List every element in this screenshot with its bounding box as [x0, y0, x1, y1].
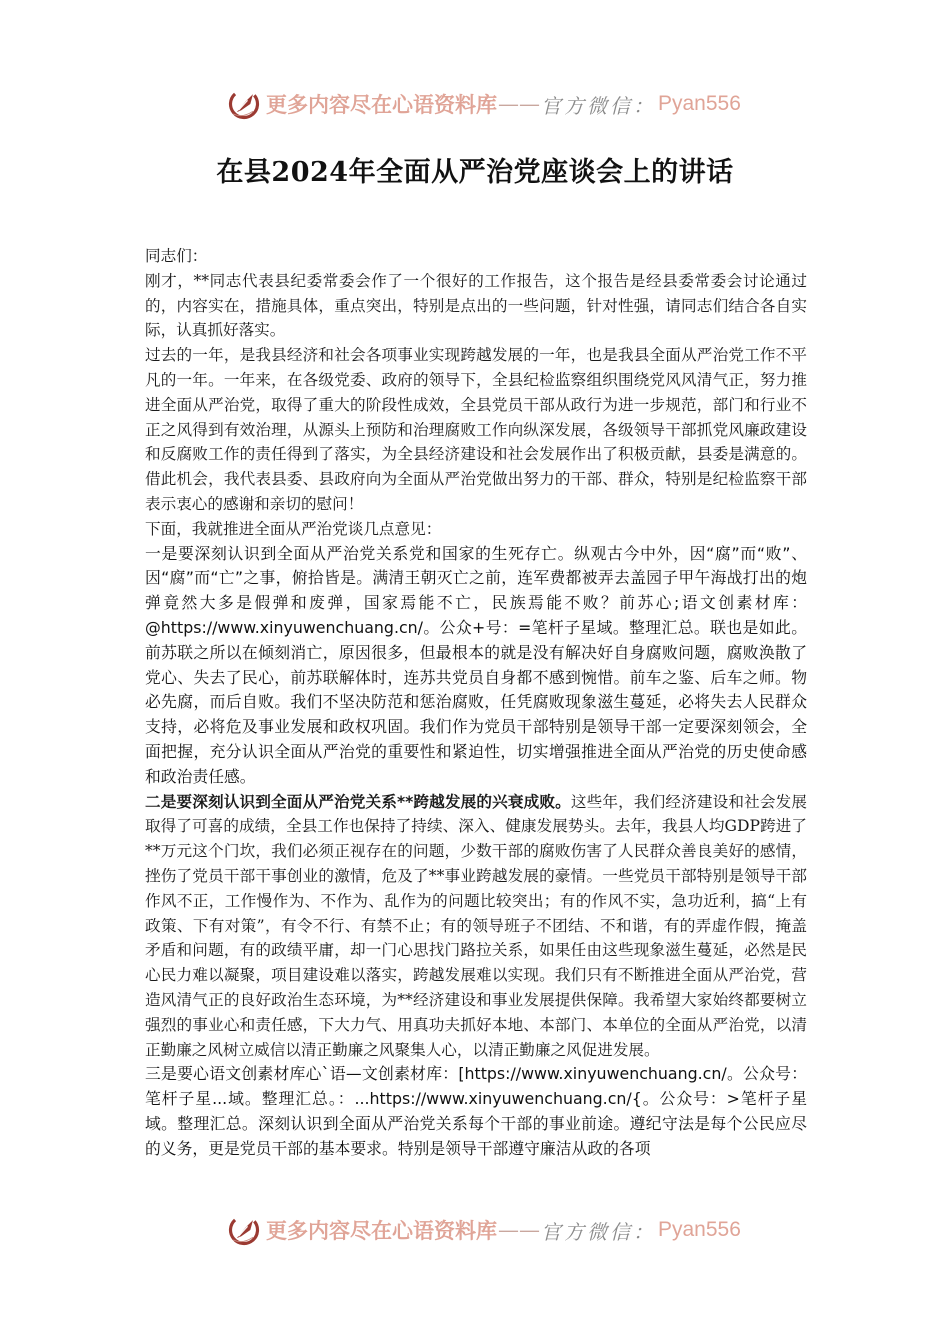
watermark-dash: —— [498, 1218, 540, 1242]
footer-watermark: 更多内容尽在心语资料库 —— 官方微信： Pyan556 [226, 1208, 726, 1252]
watermark-main-text: 更多内容尽在心语资料库 [266, 1215, 497, 1245]
watermark-wechat-id: Pyan556 [658, 1218, 741, 1242]
document-body: 同志们： 刚才，**同志代表县纪委常委会作了一个很好的工作报告，这个报告是经县委… [145, 244, 807, 1161]
quill-pen-logo-icon [226, 86, 262, 122]
paragraph-review: 过去的一年，是我县经济和社会各项事业实现跨越发展的一年，也是我县全面从严治党工作… [145, 343, 807, 517]
paragraph-opening: 刚才，**同志代表县纪委常委会作了一个很好的工作报告，这个报告是经县委常委会讨论… [145, 269, 807, 343]
point-two-text: 这些年，我们经济建设和社会发展取得了可喜的成绩，全县工作也保持了持续、深入、健康… [145, 793, 807, 1059]
watermark-dash: —— [498, 92, 540, 116]
watermark-wechat-label: 官方微信： [541, 1216, 656, 1245]
watermark-wechat-label: 官方微信： [541, 90, 656, 119]
paragraph-point-two: 二是要深刻认识到全面从严治党关系**跨越发展的兴衰成败。这些年，我们经济建设和社… [145, 790, 807, 1063]
paragraph-point-one: 一是要深刻认识到全面从严治党关系党和国家的生死存亡。纵观古今中外，因“腐”而“败… [145, 542, 807, 790]
paragraph-point-three: 三是要心语文创素材库心`语—文创素材库：[https://www.xinyuwe… [145, 1062, 807, 1161]
salutation: 同志们： [145, 244, 807, 269]
paragraph-intro-points: 下面，我就推进全面从严治党谈几点意见： [145, 517, 807, 542]
header-watermark: 更多内容尽在心语资料库 —— 官方微信： Pyan556 [226, 82, 726, 126]
watermark-wechat-id: Pyan556 [658, 92, 741, 116]
quill-pen-logo-icon [226, 1212, 262, 1248]
document-title: 在县2024年全面从严治党座谈会上的讲话 [0, 150, 950, 189]
watermark-main-text: 更多内容尽在心语资料库 [266, 89, 497, 119]
point-two-lead: 二是要深刻认识到全面从严治党关系**跨越发展的兴衰成败。 [145, 793, 571, 811]
